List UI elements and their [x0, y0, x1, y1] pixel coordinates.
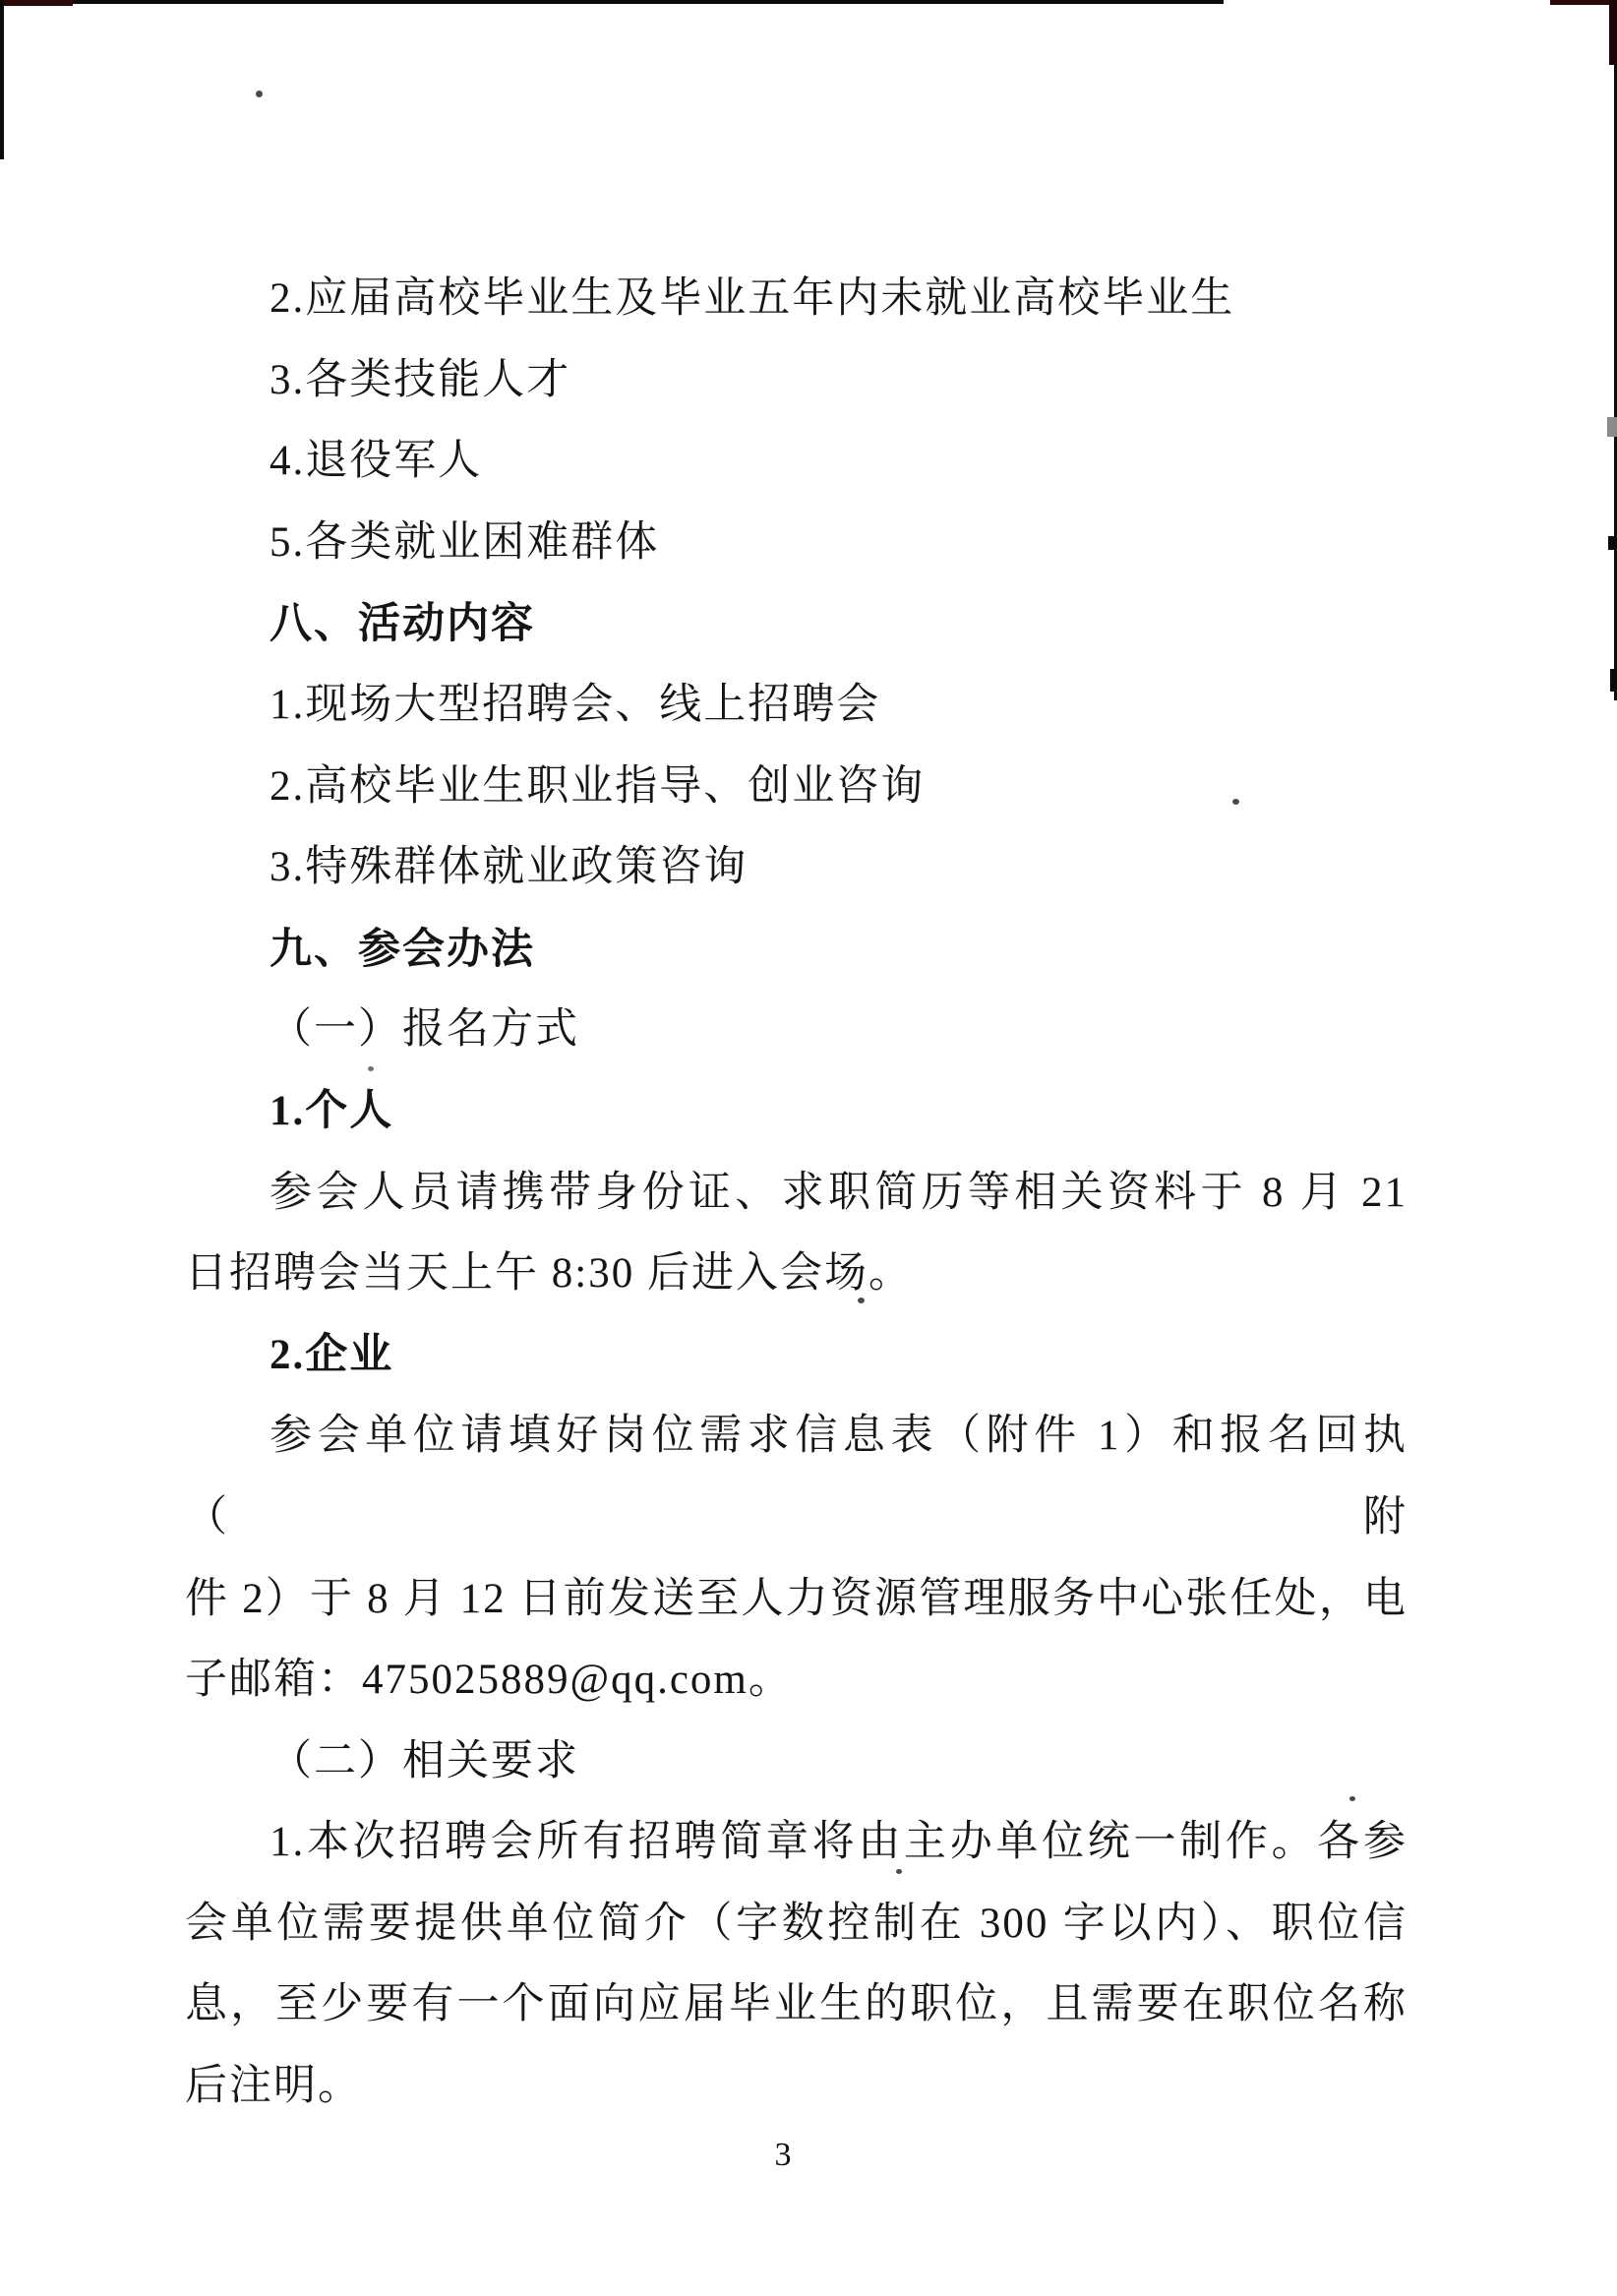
document-line: 件 2）于 8 月 12 日前发送至人力资源管理服务中心张任处，电 — [185, 1559, 1407, 1641]
ink-speck — [256, 91, 263, 97]
document-line: 子邮箱：475025889@qq.com。 — [185, 1640, 1407, 1722]
page-number: 3 — [753, 2137, 812, 2174]
scan-edge-top-right — [1550, 0, 1617, 5]
document-line: 3.各类技能人才 — [185, 340, 1407, 422]
document-line: 八、活动内容 — [185, 583, 1407, 665]
document-text: 2.应届高校毕业生及毕业五年内未就业高校毕业生3.各类技能人才4.退役军人5.各… — [185, 259, 1407, 2128]
document-line: （二）相关要求 — [185, 1722, 1407, 1803]
document-line: 后注明。 — [185, 2046, 1407, 2128]
document-line: 3.特殊群体就业政策咨询 — [185, 827, 1407, 909]
document-line: 参会单位请填好岗位需求信息表（附件 1）和报名回执（附 — [185, 1396, 1407, 1558]
scanned-page: 2.应届高校毕业生及毕业五年内未就业高校毕业生3.各类技能人才4.退役军人5.各… — [0, 0, 1617, 2296]
scan-edge-left — [0, 0, 4, 159]
document-line: 1.本次招聘会所有招聘简章将由主办单位统一制作。各参 — [185, 1802, 1407, 1884]
scan-mark-right-3 — [1610, 669, 1617, 692]
document-line: 1.现场大型招聘会、线上招聘会 — [185, 665, 1407, 747]
document-line: 4.退役军人 — [185, 421, 1407, 503]
document-line: 5.各类就业困难群体 — [185, 503, 1407, 584]
scan-edge-right-strip — [1609, 0, 1617, 65]
document-line: 2.高校毕业生职业指导、创业咨询 — [185, 747, 1407, 828]
document-line: 日招聘会当天上午 8:30 后进入会场。 — [185, 1234, 1407, 1315]
scan-mark-right-1 — [1607, 417, 1617, 437]
scan-mark-right-2 — [1608, 536, 1617, 550]
document-line: 2.企业 — [185, 1315, 1407, 1397]
document-line: 息，至少要有一个面向应届毕业生的职位，且需要在职位名称 — [185, 1964, 1407, 2046]
document-line: 参会人员请携带身份证、求职简历等相关资料于 8 月 21 — [185, 1153, 1407, 1235]
scan-edge-top-left — [0, 0, 73, 6]
document-line: （一）报名方式 — [185, 990, 1407, 1071]
document-line: 会单位需要提供单位简介（字数控制在 300 字以内）、职位信 — [185, 1884, 1407, 1965]
document-line: 九、参会办法 — [185, 909, 1407, 991]
document-line: 1.个人 — [185, 1071, 1407, 1153]
document-line: 2.应届高校毕业生及毕业五年内未就业高校毕业生 — [185, 259, 1407, 340]
scan-edge-top — [0, 0, 1224, 4]
